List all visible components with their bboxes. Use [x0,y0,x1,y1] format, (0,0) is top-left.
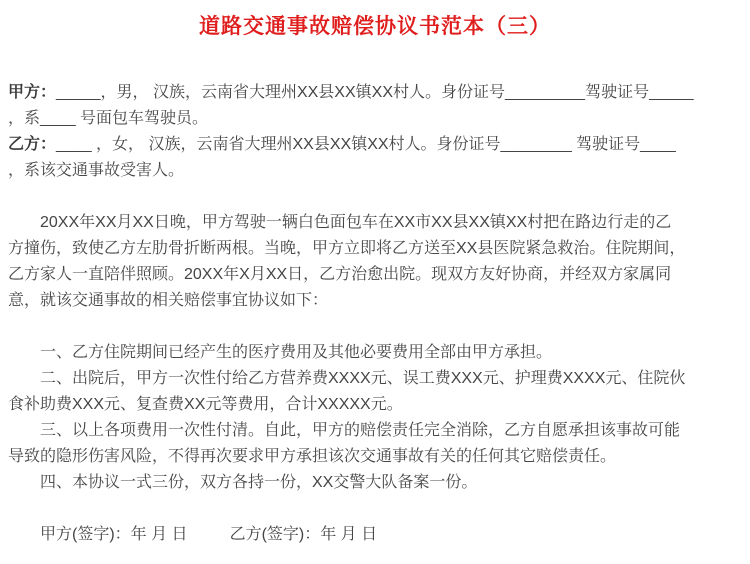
party-a-paragraph: 甲方：_____，男， 汉族，云南省大理州XX县XX镇XX村人。身份证号____… [8,80,742,132]
party-a-text: _____，男， 汉族，云南省大理州XX县XX镇XX村人。身份证号_______… [8,84,694,127]
clauses-section: 一、乙方住院期间已经产生的医疗费用及其他必要费用全部由甲方承担。 二、出院后，甲… [8,340,742,496]
clause-1: 一、乙方住院期间已经产生的医疗费用及其他必要费用全部由甲方承担。 [8,340,742,366]
party-b-signature: 乙方(签字)：年 月 日 [230,526,378,543]
party-b-paragraph: 乙方：____ ，女， 汉族，云南省大理州XX县XX镇XX村人。身份证号____… [8,132,742,184]
party-a-signature: 甲方(签字)：年 月 日 [40,526,188,543]
clause-4: 四、本协议一式三份，双方各持一份，XX交警大队备案一份。 [8,470,742,496]
document-page: 道路交通事故赔偿协议书范本（三） 甲方：_____，男， 汉族，云南省大理州XX… [0,0,750,564]
party-a-label: 甲方： [8,84,56,101]
party-b-text: ____ ，女， 汉族，云南省大理州XX县XX镇XX村人。身份证号_______… [8,136,676,179]
clause-2: 二、出院后，甲方一次性付给乙方营养费XXXX元、误工费XXX元、护理费XXXX元… [8,366,742,418]
signature-line: 甲方(签字)：年 月 日乙方(签字)：年 月 日 [8,522,742,548]
narrative-paragraph: 20XX年XX月XX日晚，甲方驾驶一辆白色面包车在XX市XX县XX镇XX村把在路… [8,210,742,314]
document-title: 道路交通事故赔偿协议书范本（三） [8,12,742,42]
clause-3: 三、以上各项费用一次性付清。自此，甲方的赔偿责任完全消除，乙方自愿承担该事故可能… [8,418,742,470]
party-b-label: 乙方： [8,136,56,153]
